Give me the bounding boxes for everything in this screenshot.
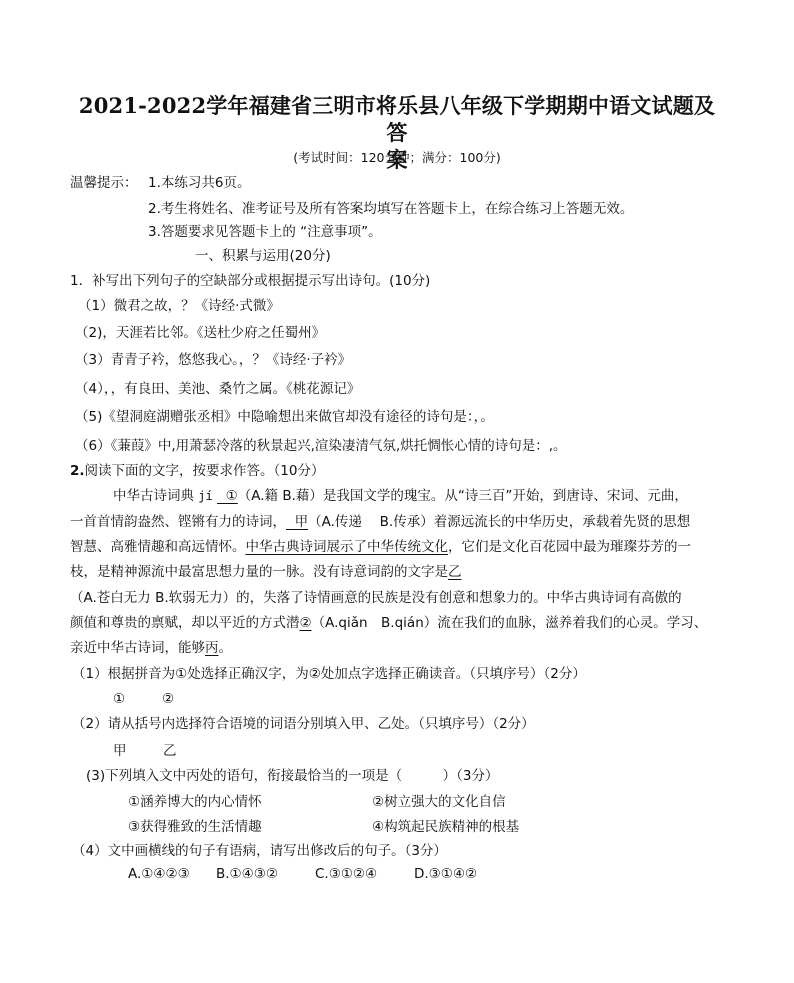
notice-item-1: 1.本练习共6页。 xyxy=(148,173,250,193)
q2-number: 2. xyxy=(70,463,85,479)
underlined-sentence: 中华古典诗词展示了中华传统文化 xyxy=(246,539,449,555)
q1-item-2: （2)，天涯若比邻。《送杜少府之任蜀州》 xyxy=(75,323,325,343)
q1-item-4: （4），，有良田、美池、桑竹之属。《桃花源记》 xyxy=(75,379,360,399)
blank-1: ① xyxy=(217,488,238,504)
q2-sub2-prompt: （2）请从括号内选择符合语境的词语分别填入甲、乙处。（只填序号）（2分） xyxy=(72,714,535,734)
passage-text: 智慧、高雅情趣和高远情怀。 xyxy=(70,539,246,555)
q2-stem-text: 阅读下面的文字，按要求作答。（10分） xyxy=(85,463,325,479)
q2-sub4-prompt: （4）文中画横线的句子有语病，请写出修改后的句子。（3分） xyxy=(72,841,447,861)
passage-text: 亲近中华古诗词，能够 xyxy=(70,640,205,656)
passage-text: 颜值和尊贵的禀赋，却以平近的方式潜 xyxy=(70,615,300,631)
title-line-1: 2021-2022学年福建省三明市将乐县八年级下学期期中语文试题及答 xyxy=(70,92,724,146)
choice-b: B.①④③② xyxy=(216,864,278,884)
passage-line-6: 颜值和尊贵的禀赋，却以平近的方式潜②（A.qiǎn B.qián）流在我们的血脉… xyxy=(70,613,707,633)
passage-text: （A.籍 B.藉）是我国文学的瑰宝。从“诗三百”开始，到唐诗、宋词、元曲， xyxy=(238,488,688,504)
q2-sub2-answer-yi: 乙 xyxy=(163,741,177,761)
passage-text: 。 xyxy=(219,640,233,656)
passage-line-3: 智慧、高雅情趣和高远情怀。中华古典诗词展示了中华传统文化，它们是文化百花园中最为… xyxy=(70,537,691,557)
q2-sub3-option-3: ③获得雅致的生活情趣 xyxy=(128,817,262,837)
q2-stem: 2.阅读下面的文字，按要求作答。（10分） xyxy=(70,461,324,481)
blank-jia-label: 甲 xyxy=(295,514,309,530)
q2-sub2-answer-jia: 甲 xyxy=(113,741,127,761)
passage-line-5: （A.苍白无力 B.软弱无力）的，失落了诗情画意的民族是没有创意和想象力的。中华… xyxy=(70,588,682,608)
passage-text: （A.qiǎn B.qián）流在我们的血脉，滋养着我们的心灵。学习、 xyxy=(312,615,708,631)
exam-duration-score: (考试时间：120分钟；满分：100分) xyxy=(0,148,794,166)
passage-line-2: 一首首情韵盎然、铿锵有力的诗词， 甲（A.传递 B.传承）着源远流长的中华历史，… xyxy=(70,512,690,532)
q2-sub3-option-1: ①涵养博大的内心情怀 xyxy=(128,792,262,812)
passage-text: 一首首情韵盎然、铿锵有力的诗词， xyxy=(70,514,286,530)
blank-jia: 甲 xyxy=(286,514,308,530)
blank-bing: 丙 xyxy=(205,640,219,656)
choice-a: A.①④②③ xyxy=(128,864,190,884)
passage-text: （A.传递 B.传承）着源远流长的中华历史，承载着先贤的思想 xyxy=(308,514,690,530)
q2-sub3-option-2: ②树立强大的文化自信 xyxy=(372,792,506,812)
blank-1-label: ① xyxy=(226,488,238,504)
passage-line-4: 枝，是精神源流中最富思想力量的一脉。没有诗意词韵的文字是乙 xyxy=(70,562,462,582)
pinyin: jí xyxy=(198,489,212,503)
q2-sub1-answer-2: ② xyxy=(162,689,174,709)
notice-label: 温馨提示： xyxy=(70,173,138,193)
q1-item-1: （1）微君之故，？《诗经·式微》 xyxy=(78,296,280,316)
blank-2: ② xyxy=(300,615,312,631)
notice-item-2: 2.考生将姓名、准考证号及所有答案均填写在答题卡上，在综合练习上答题无效。 xyxy=(148,199,633,219)
notice-item-3: 3.答题要求见答题卡上的 “注意事项”。 xyxy=(148,222,382,242)
exam-page: 2021-2022学年福建省三明市将乐县八年级下学期期中语文试题及答 案 (考试… xyxy=(0,0,794,983)
blank-yi: 乙 xyxy=(448,564,462,580)
choice-d: D.③①④② xyxy=(414,864,477,884)
q1-item-5: （5)《望洞庭湖赠张丞相》中隐喻想出来做官却没有途径的诗句是：，。 xyxy=(75,407,494,427)
passage-text: 枝，是精神源流中最富思想力量的一脉。没有诗意词韵的文字是 xyxy=(70,564,448,580)
passage-line-1: 中华古诗词典 jí ①（A.籍 B.藉）是我国文学的瑰宝。从“诗三百”开始，到唐… xyxy=(113,486,688,506)
passage-text: 中华古诗词典 xyxy=(113,488,194,504)
section-heading: 一、积累与运用(20分) xyxy=(195,246,331,266)
q2-sub3-prompt: (3)下列填入文中丙处的语句，衔接最恰当的一项是（ ）（3分） xyxy=(86,766,498,786)
passage-line-7: 亲近中华古诗词，能够丙。 xyxy=(70,638,232,658)
q1-stem: 1．补写出下列句子的空缺部分或根据提示写出诗句。(10分) xyxy=(70,271,430,291)
choice-c: C.③①②④ xyxy=(315,864,377,884)
q1-item-6: （6）《蒹葭》中,用萧瑟冷落的秋景起兴,渲染凄清气氛,烘托惆怅心情的诗句是：,。 xyxy=(75,436,567,456)
q2-sub3-option-4: ④构筑起民族精神的根基 xyxy=(372,817,519,837)
q1-item-3: （3）青青子衿，悠悠我心。，？《诗经·子衿》 xyxy=(75,350,351,370)
passage-text: ，它们是文化百花园中最为璀璨芬芳的一 xyxy=(448,539,691,555)
q2-sub1-prompt: （1）根据拼音为①处选择正确汉字，为②处加点字选择正确读音。（只填序号）（2分） xyxy=(72,664,586,684)
q2-sub1-answer-1: ① xyxy=(113,689,125,709)
